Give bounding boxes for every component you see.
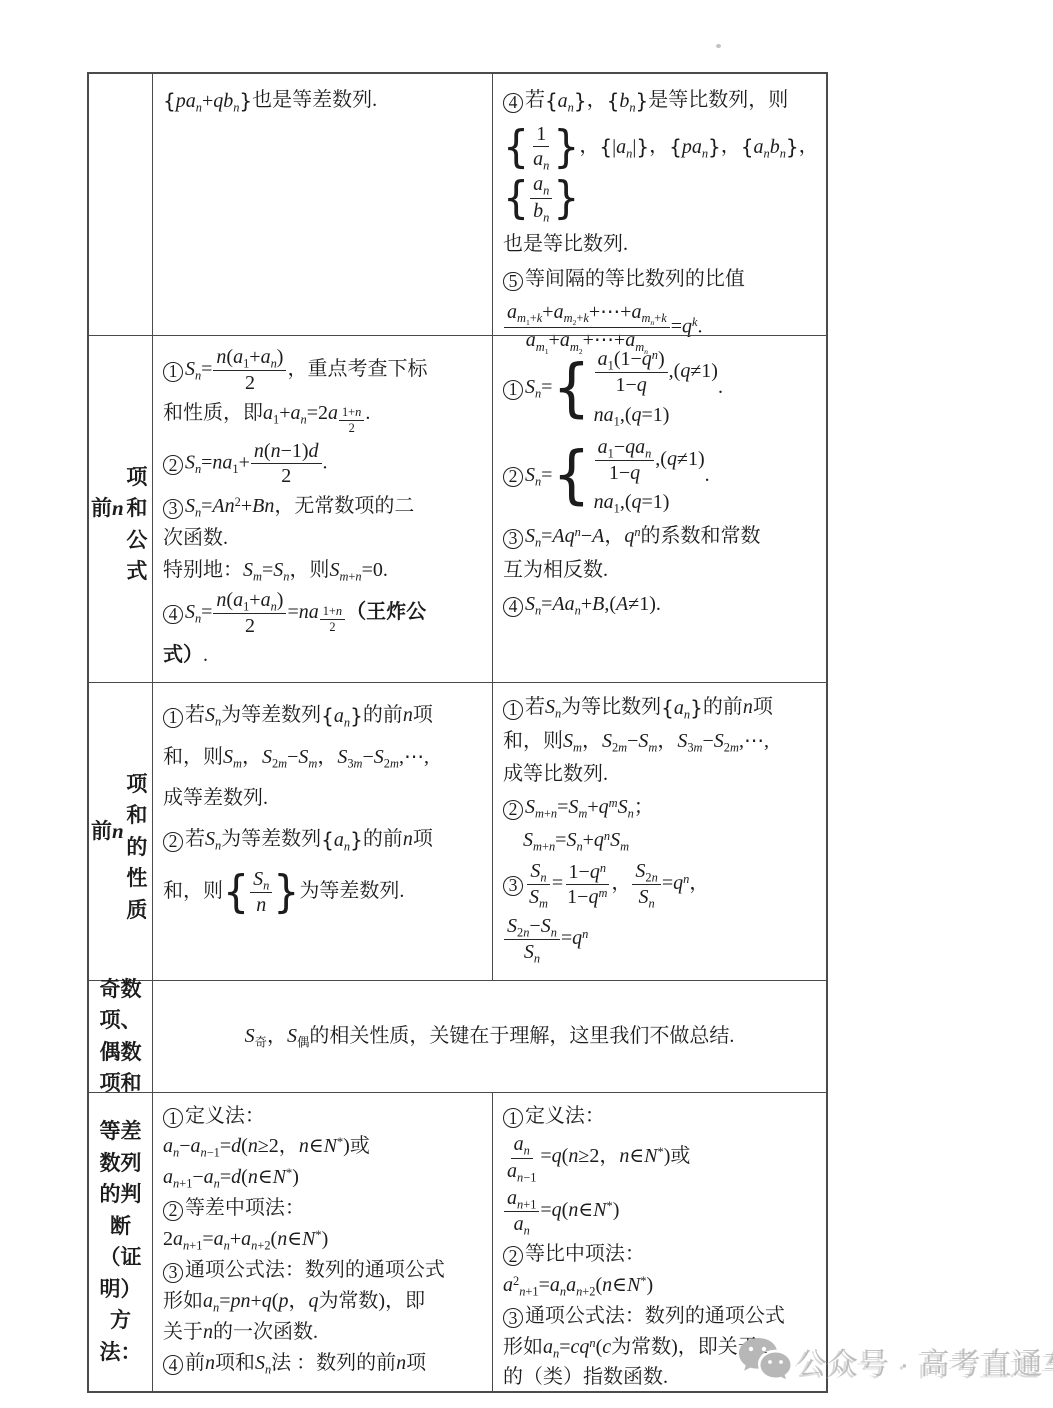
formula-line: 1Sn={a1(1−qn)1−q,(q≠1)na1,(q=1). <box>503 347 820 430</box>
fraction: a1−qan1−q <box>594 435 656 486</box>
fraction: S2n−SnSn <box>503 914 561 965</box>
circled-number: 4 <box>163 1355 183 1375</box>
arithmetic-cell: 1Sn=n(a1+an)2，重点考查下标和性质，即a1+an=2a1+n2.2S… <box>152 335 492 682</box>
circled-number: 2 <box>503 800 523 820</box>
formula-line: 5等间隔的等比数列的比值 <box>503 265 820 294</box>
formula-line: a2n+1=anan+2(n∈N*) <box>503 1271 820 1299</box>
circled-number: 3 <box>163 499 183 519</box>
page: { "watermark": { "icon": "wechat-icon", … <box>0 0 1053 1408</box>
circled-number: 3 <box>503 529 523 549</box>
formula-line: 也是等比数列. <box>503 230 820 259</box>
fraction: a1(1−qn)1−q <box>594 347 669 398</box>
page-speck <box>716 44 721 48</box>
geometric-cell: 1若Sn为等比数列{an}的前n项和，则Sm，S2m−Sm，S3m−S2m,⋯,… <box>492 682 826 980</box>
cases-group: {a1−qan1−q,(q≠1)na1,(q=1) <box>552 435 704 518</box>
arithmetic-cell: {pan+qbn}也是等差数列. <box>152 74 492 335</box>
formula-line: {pan+qbn}也是等差数列. <box>163 86 486 116</box>
fraction: n(n−1)d2 <box>250 439 323 489</box>
formula-line: 1Sn=n(a1+an)2，重点考查下标 <box>163 345 486 396</box>
circled-number: 4 <box>163 605 183 625</box>
braced-group: {bn} <box>607 87 649 116</box>
fraction: S2nSn <box>631 859 661 910</box>
formula-line: anan−1=q(n≥2，n∈N*)或 <box>503 1132 820 1183</box>
formula-line: 形如an=pn+q(p，q为常数)，即 <box>163 1287 486 1315</box>
circled-number: 3 <box>163 1263 183 1283</box>
circled-number: 1 <box>503 380 523 400</box>
braced-group: {anbn} <box>503 172 579 223</box>
circled-number: 1 <box>163 1108 183 1128</box>
formula-line: S奇，S偶的相关性质，关键在于理解，这里我们不做总结. <box>245 1022 735 1051</box>
fraction: 1an <box>529 122 553 173</box>
fraction: anbn <box>529 172 553 223</box>
fraction: an+1an <box>503 1186 540 1237</box>
formula-line: 1定义法： <box>503 1102 820 1130</box>
braced-group: {pan+qbn} <box>163 87 252 116</box>
formula-line: 2Sn=na1+n(n−1)d2. <box>163 439 486 489</box>
circled-number: 2 <box>503 1246 523 1266</box>
row-header: 前 n 项和 公式 <box>89 335 152 682</box>
formula-line: 2若Sn为等差数列{an}的前n项 <box>163 825 486 855</box>
row-header <box>89 74 152 335</box>
circled-number: 2 <box>163 832 183 852</box>
circled-number: 2 <box>503 467 523 487</box>
braced-group: {an} <box>661 694 703 723</box>
formula-line: 3通项公式法：数列的通项公式 <box>163 1256 486 1284</box>
formula-line: 互为相反数. <box>503 556 820 585</box>
formula-line: 4Sn=Aan+B,(A≠1). <box>503 590 820 619</box>
formula-line: an+1an=q(n∈N*) <box>503 1186 820 1237</box>
fraction: SnSm <box>525 859 552 910</box>
formula-line: 次函数. <box>163 524 486 553</box>
formula-line: 的（类）指数函数. <box>503 1363 820 1391</box>
formula-table: {pan+qbn}也是等差数列.4若{an}，{bn}是等比数列，则{1an}，… <box>87 72 828 1393</box>
braced-group: {1an} <box>503 122 579 173</box>
formula-line: 和，则{Snn}为等差数列. <box>163 867 486 918</box>
braced-group: {an} <box>321 826 363 855</box>
merged-note-cell: S奇，S偶的相关性质，关键在于理解，这里我们不做总结. <box>152 980 826 1092</box>
fraction: Snn <box>249 867 273 918</box>
formula-line: 2等差中项法： <box>163 1194 486 1222</box>
row-header: 前 n 项和 的性 质 <box>89 682 152 980</box>
fraction: 1+n2 <box>319 604 346 635</box>
watermark-text: 公众号 · 高考直通车 <box>797 1339 1053 1383</box>
formula-line: 1定义法： <box>163 1102 486 1130</box>
circled-number: 2 <box>163 455 183 475</box>
braced-group: {|an|} <box>599 133 649 162</box>
fraction: n(a1+an)2 <box>212 345 287 396</box>
formula-line: 1若Sn为等比数列{an}的前n项 <box>503 693 820 723</box>
geometric-cell: 1Sn={a1(1−qn)1−q,(q≠1)na1,(q=1).2Sn={a1−… <box>492 335 826 682</box>
arithmetic-cell: 1定义法：an−an−1=d(n≥2，n∈N*)或an+1−an=d(n∈N*)… <box>152 1092 492 1391</box>
circled-number: 3 <box>503 1308 523 1328</box>
formula-line: S2n−SnSn=qn <box>503 914 820 965</box>
formula-line: 形如an=cqn(c为常数)，即关于n <box>503 1333 820 1361</box>
circled-number: 3 <box>503 876 523 896</box>
fraction: 1−qn1−qm <box>563 860 611 910</box>
formula-line: Sm+n=Sn+qnSm <box>503 826 820 855</box>
circled-number: 4 <box>503 93 523 113</box>
circled-number: 2 <box>163 1201 183 1221</box>
fraction: n(a1+an)2 <box>212 588 287 639</box>
braced-group: {an} <box>545 87 587 116</box>
formula-line: 和，则Sm，S2m−Sm，S3m−S2m,⋯, <box>503 727 820 756</box>
braced-group: {pan} <box>669 133 721 162</box>
circled-number: 1 <box>163 708 183 728</box>
formula-line: 成等比数列. <box>503 760 820 789</box>
formula-line: 和，则Sm，S2m−Sm，S3m−S2m,⋯, <box>163 743 486 772</box>
formula-line: 1若Sn为等差数列{an}的前n项 <box>163 701 486 731</box>
formula-line: 关于n的一次函数. <box>163 1318 486 1346</box>
formula-line: 2an+1=an+an+2(n∈N*) <box>163 1225 486 1253</box>
formula-line: 2Sm+n=Sm+qmSn； <box>503 793 820 822</box>
formula-line: 2Sn={a1−qan1−q,(q≠1)na1,(q=1). <box>503 435 820 518</box>
circled-number: 1 <box>163 362 183 382</box>
circled-number: 1 <box>503 1108 523 1128</box>
fraction: 1+n2 <box>338 405 365 436</box>
formula-line: 3Sn=An2+Bn，无常数项的二 <box>163 492 486 521</box>
formula-line: 4Sn=n(a1+an)2=na1+n2（王炸公 <box>163 588 486 639</box>
formula-line: 和性质，即a1+an=2a1+n2. <box>163 399 486 436</box>
circled-number: 5 <box>503 272 523 292</box>
formula-line: {1an}，{|an|}，{pan}，{anbn}，{anbn} <box>503 122 820 224</box>
formula-line: an+1−an=d(n∈N*) <box>163 1163 486 1191</box>
braced-group: {Snn} <box>223 867 299 918</box>
fraction: anan−1 <box>503 1132 540 1183</box>
formula-line: 3SnSm=1−qn1−qm，S2nSn=qn， <box>503 859 820 910</box>
formula-line: 4若{an}，{bn}是等比数列，则 <box>503 86 820 116</box>
circled-number: 1 <box>503 700 523 720</box>
formula-line: 特别地：Sm=Sn，则Sm+n=0. <box>163 556 486 585</box>
circled-number: 4 <box>503 597 523 617</box>
formula-line: 4前n项和Sn法 ：数列的前n项 <box>163 1349 486 1377</box>
geometric-cell: 4若{an}，{bn}是等比数列，则{1an}，{|an|}，{pan}，{an… <box>492 74 826 335</box>
formula-line: 成等差数列. <box>163 784 486 813</box>
formula-line: 2等比中项法： <box>503 1240 820 1268</box>
row-header: 等差 数列 的判 断 （证 明） 方 法： <box>89 1092 152 1391</box>
formula-line: 3通项公式法：数列的通项公式 <box>503 1302 820 1330</box>
braced-group: {an} <box>321 702 363 731</box>
formula-line: an−an−1=d(n≥2，n∈N*)或 <box>163 1132 486 1160</box>
braced-group: {anbn} <box>741 133 799 162</box>
cases-group: {a1(1−qn)1−q,(q≠1)na1,(q=1) <box>552 347 718 430</box>
geometric-cell: 1定义法：anan−1=q(n≥2，n∈N*)或an+1an=q(n∈N*)2等… <box>492 1092 826 1391</box>
formula-line: 3Sn=Aqn−A，qn的系数和常数 <box>503 522 820 551</box>
formula-line: 式）. <box>163 641 486 670</box>
row-header: 奇数 项、 偶数 项和 <box>89 980 152 1092</box>
arithmetic-cell: 1若Sn为等差数列{an}的前n项和，则Sm，S2m−Sm，S3m−S2m,⋯,… <box>152 682 492 980</box>
